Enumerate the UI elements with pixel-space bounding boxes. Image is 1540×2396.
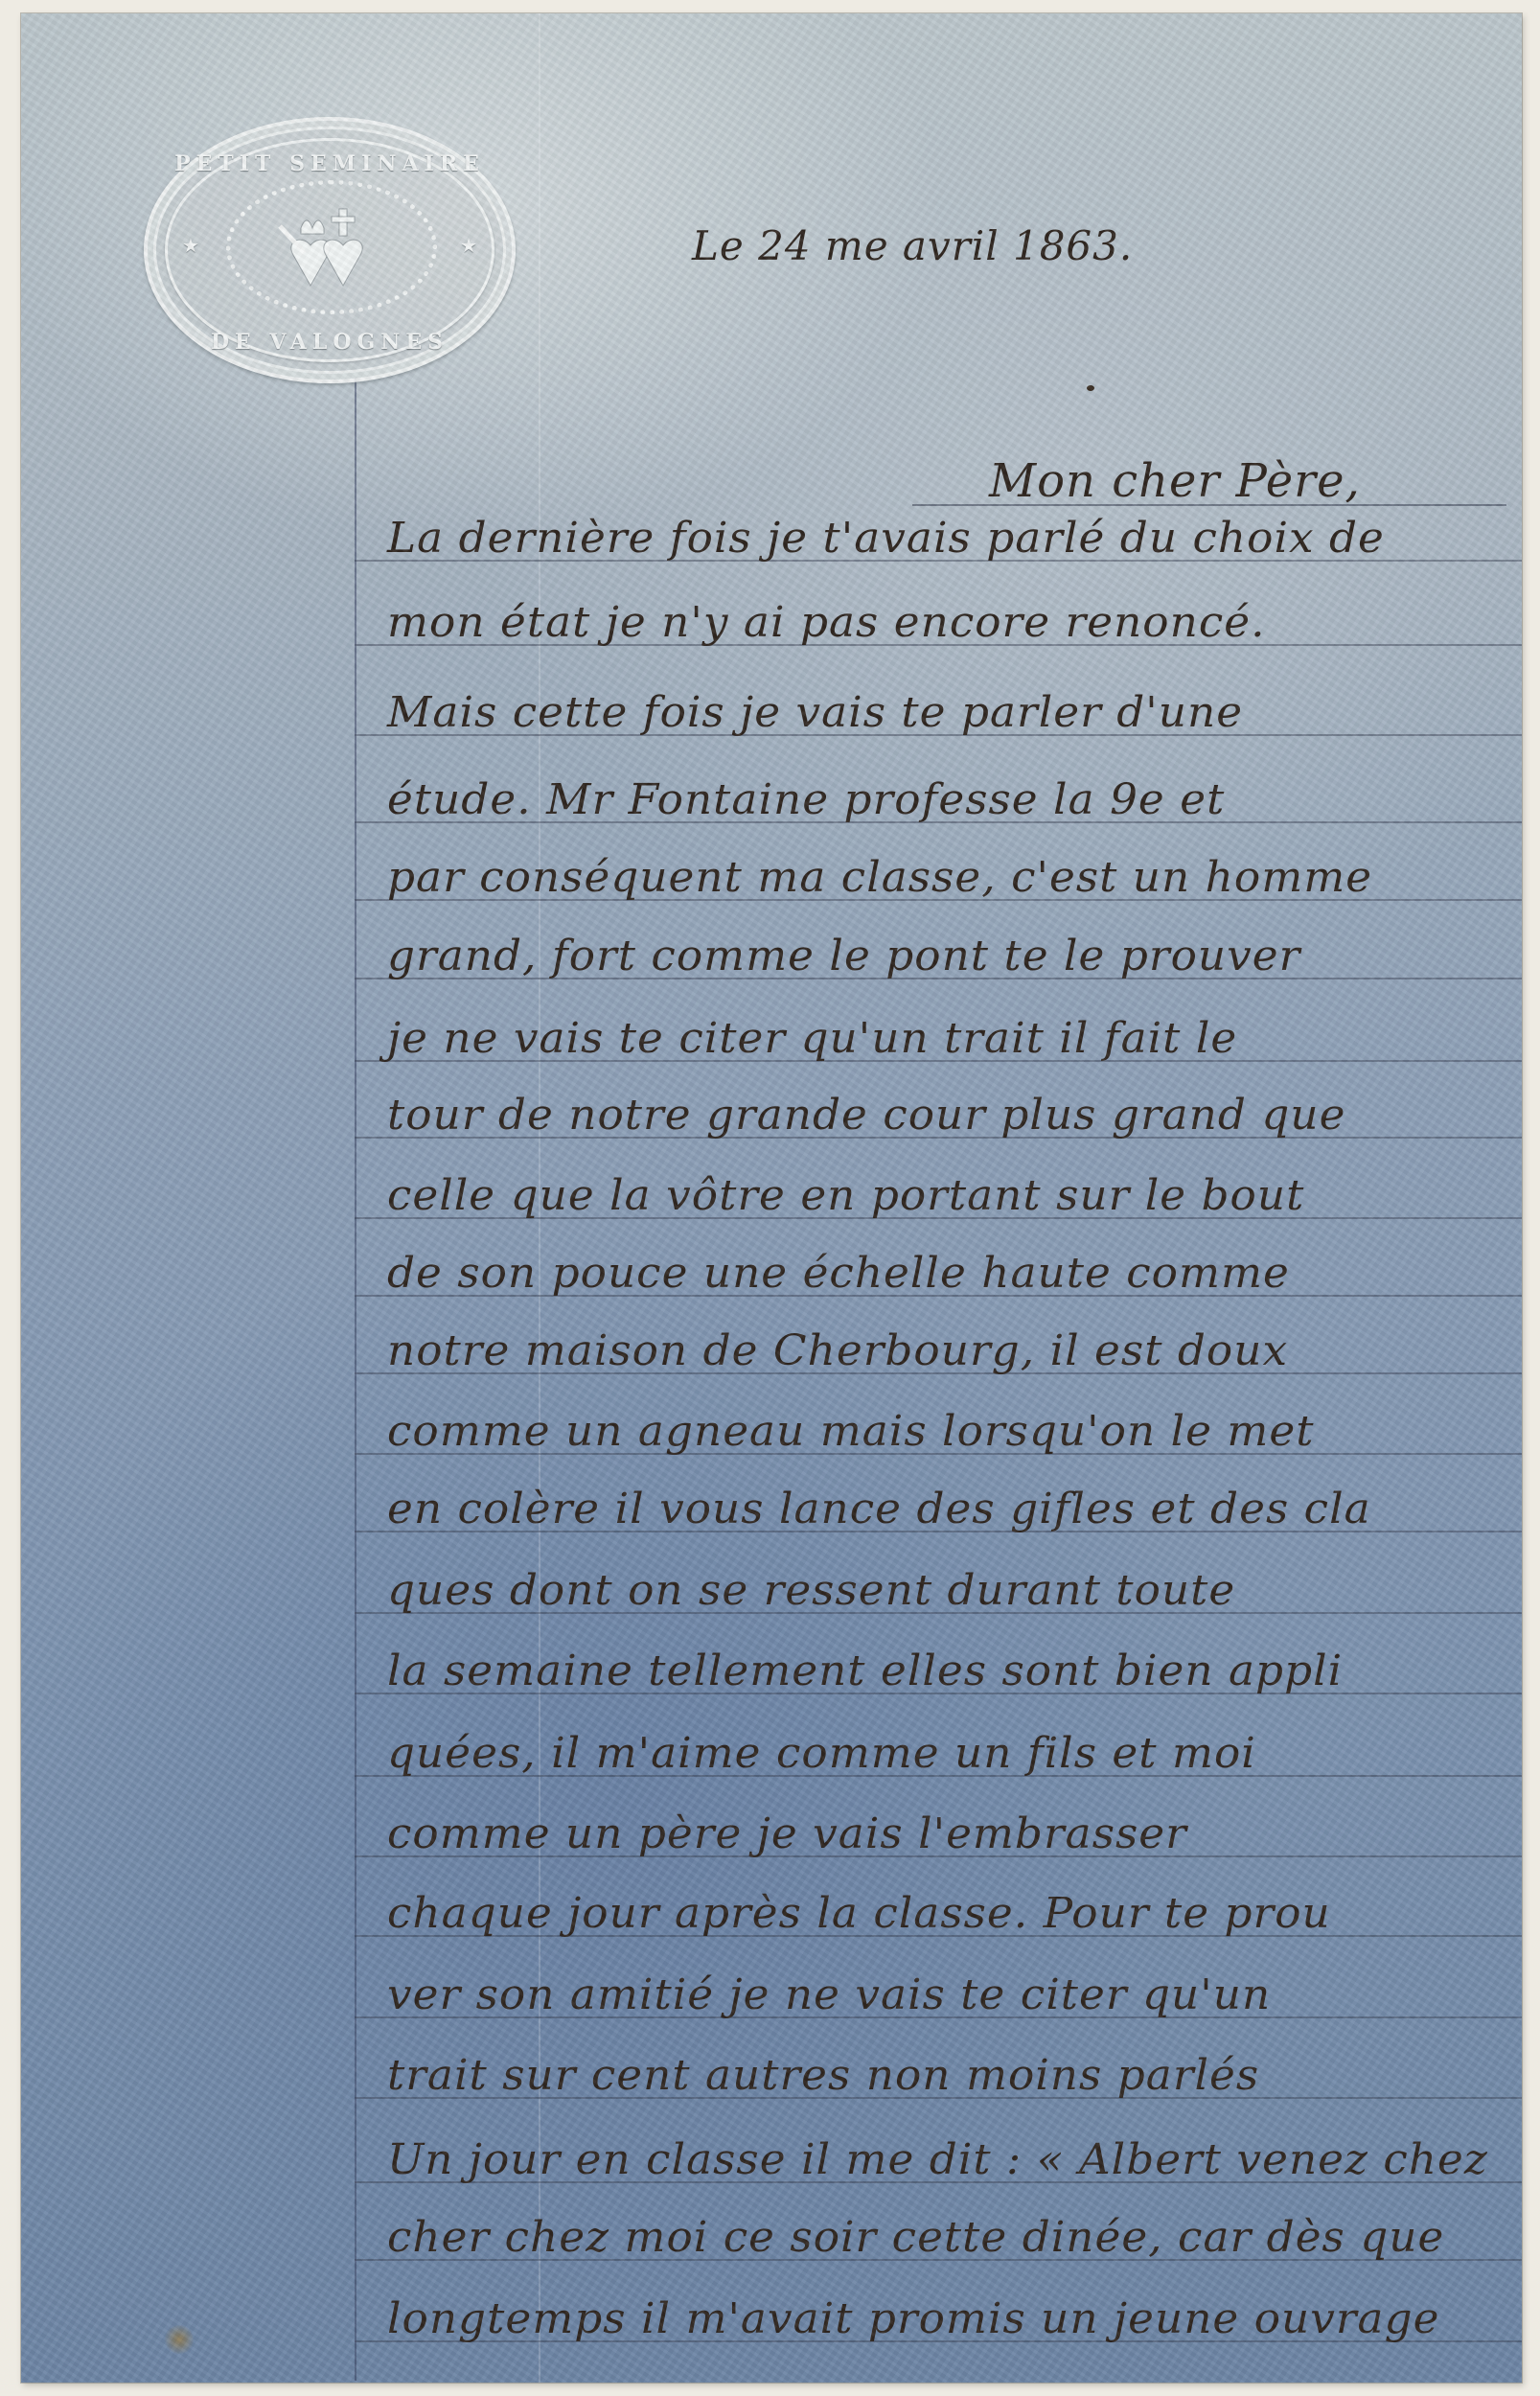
letter-line: ver son amitié je ne vais te citer qu'un <box>387 1970 1271 2019</box>
foxing-stain <box>165 2325 194 2354</box>
letter-line: de son pouce une échelle haute comme <box>387 1249 1290 1298</box>
letter-line: je ne vais te citer qu'un trait il fait … <box>387 1014 1237 1063</box>
letter-line: celle que la vôtre en portant sur le bou… <box>387 1171 1304 1220</box>
letter-line: longtemps il m'avait promis un jeune ouv… <box>387 2294 1440 2343</box>
letter-date: Le 24 me avril 1863. <box>692 222 1133 269</box>
letter-sheet: PETIT SEMINAIRE ★ ★ DE VALOGNES Le 24 me… <box>21 13 1522 2383</box>
letter-line: trait sur cent autres non moins parlés <box>387 2051 1259 2100</box>
letter-line: tour de notre grande cour plus grand que <box>387 1091 1346 1140</box>
letter-line: Mais cette fois je vais te parler d'une <box>387 688 1243 737</box>
star-icon: ★ <box>182 234 199 257</box>
letter-line: comme un agneau mais lorsqu'on le met <box>387 1407 1315 1456</box>
letter-line: chaque jour après la classe. Pour te pro… <box>387 1889 1331 1938</box>
document-mount: PETIT SEMINAIRE ★ ★ DE VALOGNES Le 24 me… <box>0 0 1540 2396</box>
seal-top-text: PETIT SEMINAIRE <box>148 151 512 176</box>
embossed-seal: PETIT SEMINAIRE ★ ★ DE VALOGNES <box>144 117 516 383</box>
salutation-underline <box>912 504 1506 506</box>
letter-line: comme un père je vais l'embrasser <box>387 1809 1187 1858</box>
letter-line: mon état je n'y ai pas encore renoncé. <box>387 598 1266 647</box>
letter-line: quées, il m'aime comme un fils et moi <box>387 1729 1256 1778</box>
letter-line: ques dont on se ressent durant toute <box>387 1566 1235 1615</box>
letter-line: la semaine tellement elles sont bien app… <box>387 1647 1343 1695</box>
letter-line: notre maison de Cherbourg, il est doux <box>387 1326 1288 1375</box>
letter-line: par conséquent ma classe, c'est un homme <box>387 853 1372 902</box>
margin-line <box>355 378 356 2381</box>
letter-line: cher chez moi ce soir cette dinée, car d… <box>387 2213 1444 2262</box>
letter-line: Un jour en classe il me dit : « Albert v… <box>387 2135 1488 2184</box>
letter-line: La dernière fois je t'avais parlé du cho… <box>387 514 1385 563</box>
letter-line: grand, fort comme le pont te le prouver <box>387 932 1300 980</box>
ink-spot <box>1087 385 1094 391</box>
letter-salutation: Mon cher Père, <box>989 454 1361 508</box>
sacred-hearts-icon <box>272 199 387 295</box>
seal-bottom-text: DE VALOGNES <box>148 330 512 355</box>
letter-line: en colère il vous lance des gifles et de… <box>387 1485 1371 1533</box>
letter-line: étude. Mr Fontaine professe la 9e et <box>387 775 1225 824</box>
star-icon: ★ <box>460 234 477 257</box>
